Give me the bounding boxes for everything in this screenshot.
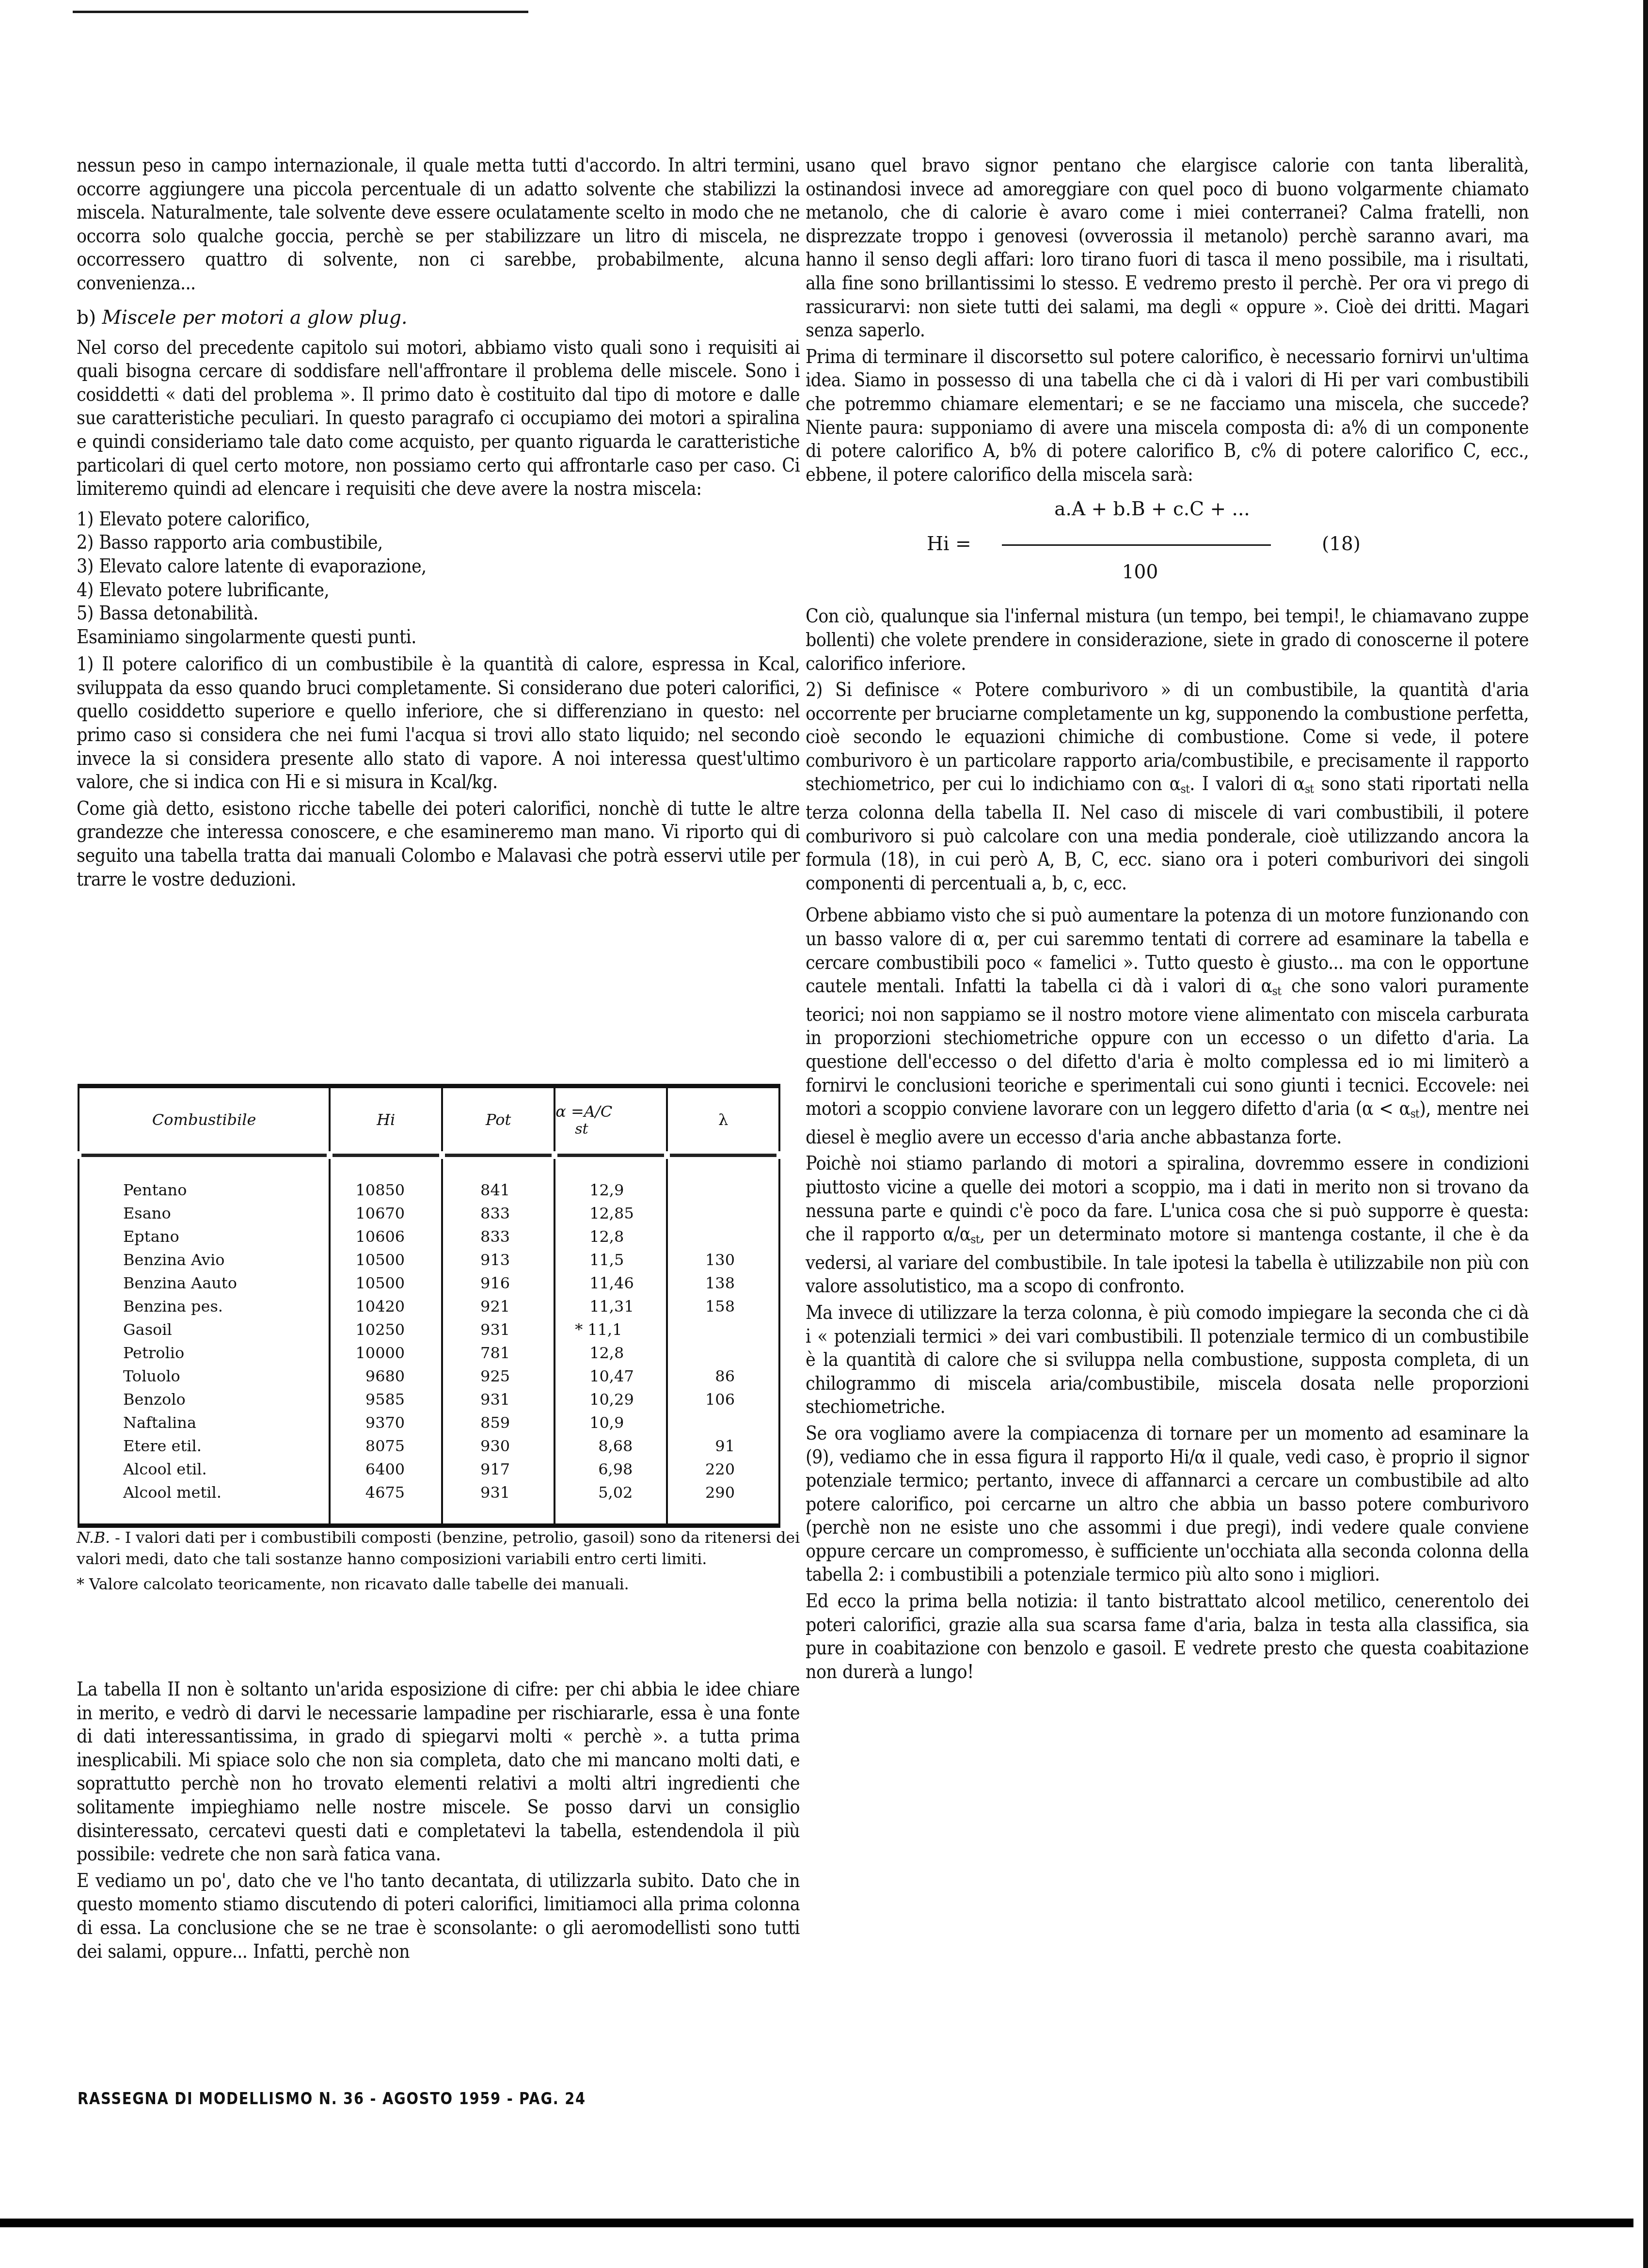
section-heading: b) Miscele per motori a glow plug. [77,306,800,330]
paragraph: Nel corso del precedente capitolo sui mo… [77,336,800,501]
column-header-lambda: λ [667,1088,779,1151]
paragraph: Come già detto, esistono ricche tabelle … [77,797,800,891]
list-item: 4) Elevato potere lubrificante, [77,579,800,603]
left-column-lower: La tabella II non è soltanto un'arida es… [77,1678,800,1967]
requirements-list: 1) Elevato potere calorifico, 2) Basso r… [77,508,800,626]
formula-denominator: 100 [1012,561,1268,583]
table-notes: N.B. - I valori dati per i combustibili … [77,1527,800,1595]
list-item: 1) Elevato potere calorifico, [77,508,800,532]
section-label: b) [77,307,96,329]
table-row: Petrolio1000078112,8 [79,1341,779,1364]
right-column: usano quel bravo signor pentano che elar… [806,154,1529,1687]
column-header-hi: Hi [330,1088,442,1151]
column-header-fuel: Combustibile [79,1088,330,1151]
paragraph: Se ora vogliamo avere la compiacenza di … [806,1422,1529,1587]
note-nb: N.B. - I valori dati per i combustibili … [77,1527,800,1570]
paragraph: 1) Il potere calorifico di un combustibi… [77,653,800,794]
top-rule [73,11,528,13]
column-header-alpha: α =A/C st [555,1088,667,1151]
paragraph: Orbene abbiamo visto che si può aumentar… [806,904,1529,1149]
fraction-bar [1002,544,1271,546]
paragraph: usano quel bravo signor pentano che elar… [806,154,1529,343]
paragraph: Esaminiamo singolarmente questi punti. [77,626,800,650]
table-row: Toluolo968092510,4786 [79,1364,779,1388]
table-row: Etere etil.80759308,6891 [79,1434,779,1458]
table-row: Alcool etil.64009176,98220 [79,1458,779,1481]
paragraph: Poichè noi stiamo parlando di motori a s… [806,1152,1529,1299]
formula-lhs: Hi = [927,533,971,555]
list-item: 2) Basso rapporto aria combustibile, [77,531,800,555]
paragraph: La tabella II non è soltanto un'arida es… [77,1678,800,1867]
note-star: * Valore calcolato teoricamente, non ric… [77,1573,800,1595]
table-row: Esano1067083312,85 [79,1202,779,1225]
paragraph: Con ciò, qualunque sia l'infernal mistur… [806,605,1529,676]
table-top-rule [78,1084,780,1088]
formula-18: Hi = a.A + b.B + c.C + ... 100 (18) [806,498,1529,590]
page-footer: RASSEGNA DI MODELLISMO N. 36 - AGOSTO 19… [78,2089,586,2109]
list-item: 3) Elevato calore latente di evaporazion… [77,555,800,579]
paragraph: nessun peso in campo internazionale, il … [77,154,800,296]
table-row: Naftalina937085910,9 [79,1411,779,1434]
column-header-pot: Pot [442,1088,555,1151]
paragraph: 2) Si definisce « Potere comburivoro » d… [806,679,1529,895]
table-row: Benzolo958593110,29106 [79,1388,779,1411]
paragraph: Prima di terminare il discorsetto sul po… [806,346,1529,487]
left-column: nessun peso in campo internazionale, il … [77,154,800,894]
paragraph: E vediamo un po', dato che ve l'ho tanto… [77,1870,800,1964]
section-title: Miscele per motori a glow plug. [102,307,408,329]
table-row: Gasoil10250931* 11,1 [79,1318,779,1341]
fuel-table: Combustibile Hi Pot α =A/C st λ Pentano1… [78,1084,780,1528]
paragraph: Ma invece di utilizzare la terza colonna… [806,1301,1529,1419]
bottom-edge-bar [0,2219,1633,2227]
page-edge-shadow [1643,0,1648,2268]
paragraph: Ed ecco la prima bella notizia: il tanto… [806,1590,1529,1684]
table-row: Pentano1085084112,9 [79,1178,779,1202]
list-item: 5) Bassa detonabilità. [77,602,800,626]
equation-number: (18) [1322,533,1361,555]
table-row: Benzina Avio1050091311,5130 [79,1248,779,1271]
table-row: Benzina Aauto1050091611,46138 [79,1271,779,1295]
table-row: Benzina pes.1042092111,31158 [79,1295,779,1318]
formula-numerator: a.A + b.B + c.C + ... [1012,498,1293,520]
table-row: Alcool metil.46759315,02290 [79,1481,779,1504]
table-row: Eptano1060683312,8 [79,1225,779,1248]
